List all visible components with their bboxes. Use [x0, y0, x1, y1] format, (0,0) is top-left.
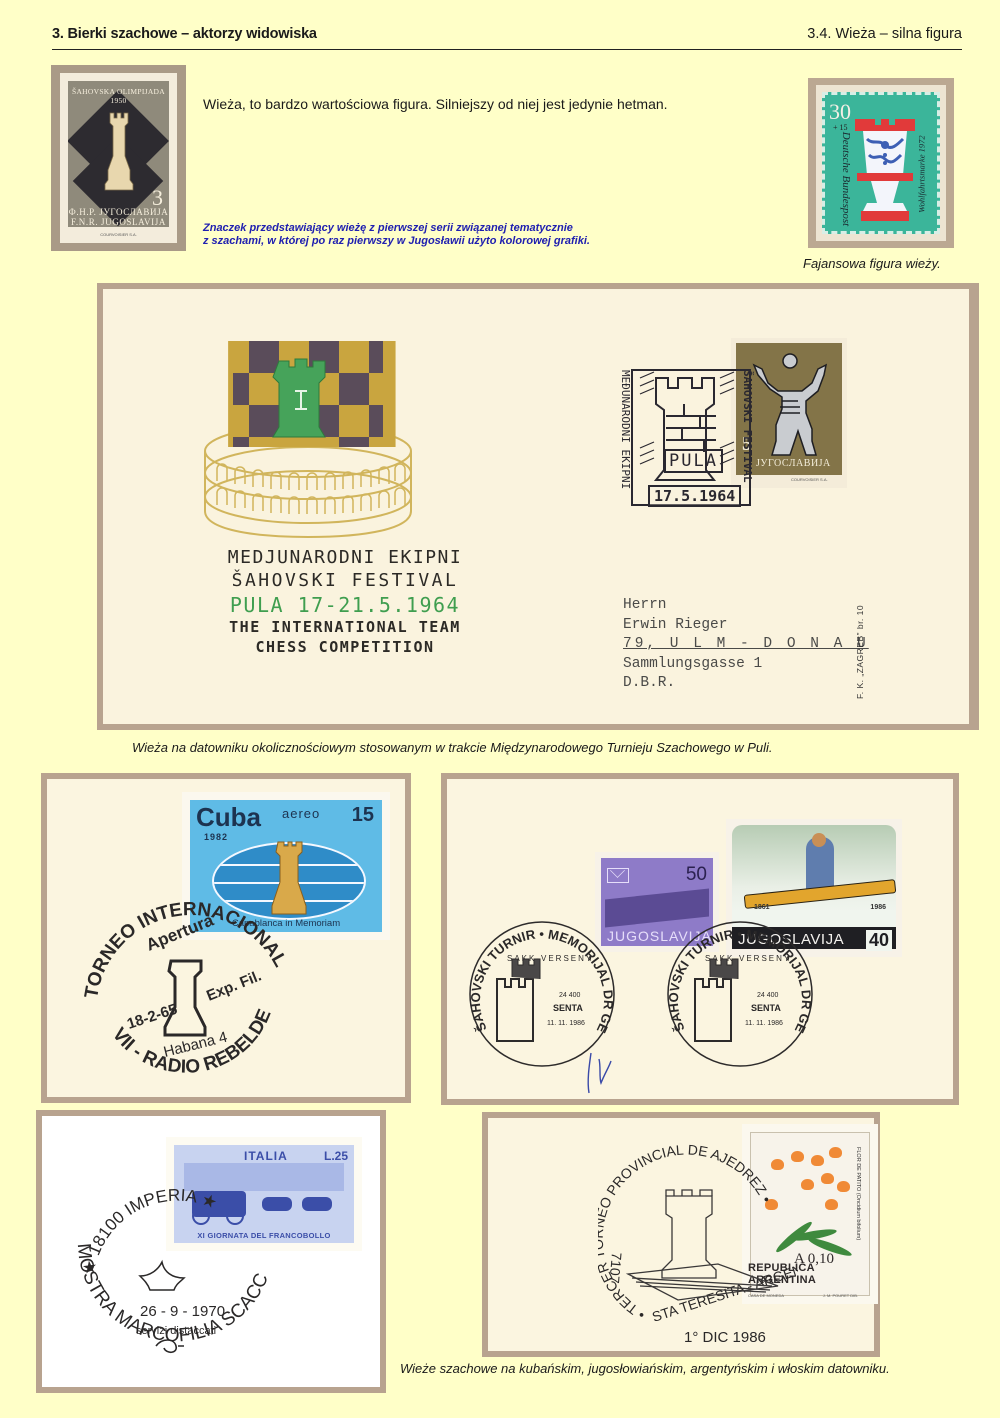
cancel-side-right: ŠAHOVSKI FESTIVAL — [741, 370, 754, 483]
stamp-designer: J. M. POURET DIB. — [823, 1293, 858, 1298]
section-title: 3.4. Wieża – silna figura — [807, 26, 962, 42]
cover-pula-1964: MEDJUNARODNI EKIPNI ŠAHOVSKI FESTIVAL PU… — [97, 283, 979, 730]
cancel-imperia: ★ 18100 IMPERIA ★ MOSTRA MARCOFILIA SCAC… — [56, 1164, 286, 1394]
festival-title: MEDJUNARODNI EKIPNI ŠAHOVSKI FESTIVAL PU… — [195, 547, 495, 657]
cancel-side-left: MEĐUNARODNI EKIPNI — [619, 370, 632, 489]
festival-line: MEDJUNARODNI EKIPNI — [195, 547, 495, 569]
stamp-title: Wohlfahrtsmarke 1972 — [917, 135, 927, 212]
stamp-years: 1861 1986 — [744, 904, 896, 911]
festival-logo — [203, 331, 413, 539]
svg-text:Exp. Fil.: Exp. Fil. — [204, 967, 264, 1004]
rook-icon — [104, 111, 134, 193]
stamp-country: Cuba — [196, 802, 261, 833]
stamp-surcharge: + 15 — [833, 123, 848, 132]
address-line: 79, U L M - D O N A U — [623, 635, 869, 655]
svg-text:24 400: 24 400 — [559, 992, 581, 999]
stamp-side-text: FLOR DE PATITO (Oncidium bifolium) — [855, 1147, 861, 1240]
address-line: Herrn — [623, 596, 869, 616]
horse-illustration — [302, 1197, 332, 1211]
note-line-2: z szachami, w której po raz pierwszy w J… — [203, 235, 590, 248]
stamp-value: 40 — [866, 930, 892, 951]
printer-mark: F. K. „ZAGREB” br. 10 — [855, 605, 865, 699]
svg-text:• TERCER TORNEO PROVINCIAL DE: • TERCER TORNEO PROVINCIAL DE AJEDREZ • — [598, 1141, 775, 1323]
cover-senta-1986: 50 JUGOSLAVIJA 1861 1986 JUGOSLAVIJA 40 … — [441, 773, 959, 1105]
cancel-place: PULA — [664, 449, 723, 473]
stamp-yugoslavia-1950: ŠAHOVSKA OLIMPIJADA 1950 3 Ф.Н.Р. ЈУГОСЛ… — [51, 65, 186, 251]
stamp-country: ЈУГОСЛАВИЈА — [756, 458, 831, 469]
page-header: 3. Bierki szachowe – aktorzy widowiska 3… — [52, 26, 962, 50]
caption-pula: Wieża na datowniku okolicznościowym stos… — [132, 740, 773, 755]
year-from: 1861 — [754, 904, 770, 911]
svg-text:7107: 7107 — [606, 1252, 625, 1285]
stamp-germany-1972: 30 + 15 Deutsche Bundespost Wohlfahrtsma… — [808, 78, 954, 248]
stamp-value: 50 — [686, 864, 707, 886]
cancel-santa-teresita: • TERCER TORNEO PROVINCIAL DE AJEDREZ • … — [598, 1140, 798, 1350]
svg-text:SAKK-VERSENY: SAKK-VERSENY — [507, 954, 593, 963]
festival-line: ŠAHOVSKI FESTIVAL — [195, 569, 495, 593]
stamp-country: ITALIA — [244, 1149, 288, 1163]
caption-bottom: Wieże szachowe na kubańskim, jugosłowiań… — [400, 1361, 890, 1376]
envelope-icon — [607, 868, 629, 883]
svg-text:11. 11. 1986: 11. 11. 1986 — [745, 1020, 783, 1027]
stamp-note: Znaczek przedstawiający wieżę z pierwsze… — [203, 222, 590, 248]
svg-text:SENTA: SENTA — [751, 1003, 781, 1013]
cover-argentina-1986: FLOR DE PATITO (Oncidium bifolium) A 0,1… — [482, 1112, 880, 1357]
intro-text: Wieża, to bardzo wartościowa figura. Sil… — [203, 96, 668, 112]
stamp-printer: COURVOISIER S.A. — [791, 477, 828, 482]
cover-cuba: Cuba aereo 15 1982 Capablanca in Memoria… — [41, 773, 411, 1103]
cancel-pula: PULA 17.5.1964 MEĐUNARODNI EKIPNI ŠAHOVS… — [616, 364, 764, 509]
signature-mark — [585, 1049, 615, 1099]
cover-italy-1970: ITALIA L.25 XI GIORNATA DEL FRANCOBOLLO … — [36, 1110, 386, 1393]
address-block: Herrn Erwin Rieger 79, U L M - D O N A U… — [623, 596, 869, 694]
svg-text:★ 18100 IMPERIA ★: ★ 18100 IMPERIA ★ — [79, 1186, 220, 1277]
stamp-printer: COURVOISIER S.A. — [60, 232, 177, 237]
note-line-1: Znaczek przedstawiający wieżę z pierwsze… — [203, 222, 590, 235]
rook-icon — [853, 115, 917, 225]
cancel-date: 17.5.1964 — [648, 485, 741, 507]
address-line: Sammlungsgasse 1 — [623, 655, 869, 675]
svg-text:servizi distaccati: servizi distaccati — [136, 1325, 216, 1337]
stamp-country-latin: F.N.R. JUGOSLAVIJA — [68, 217, 169, 227]
svg-text:ŠAHOVSKI TURNIR • MEMORIJAL DR: ŠAHOVSKI TURNIR • MEMORIJAL DR GERŐ ISTV… — [665, 919, 814, 1036]
svg-text:ŠAHOVSKI TURNIR • MEMORIJAL DR: ŠAHOVSKI TURNIR • MEMORIJAL DR GERŐ ISTV… — [467, 919, 616, 1036]
stamp-value: 30 — [829, 99, 851, 125]
cancel-habana: TORNEO INTERNACIONAL DE AJEDREZ VII - RA… — [67, 859, 307, 1099]
cancel-senta-2: ŠAHOVSKI TURNIR • MEMORIJAL DR GERŐ ISTV… — [665, 919, 815, 1069]
svg-text:1° DIC 1986: 1° DIC 1986 — [684, 1329, 766, 1346]
festival-line: THE INTERNATIONAL TEAM — [195, 617, 495, 637]
festival-line: CHESS COMPETITION — [195, 637, 495, 657]
stamp-year: 1982 — [204, 832, 228, 842]
stamp-type: aereo — [282, 806, 320, 821]
chapter-title: 3. Bierki szachowe – aktorzy widowiska — [52, 26, 317, 42]
address-line: D.B.R. — [623, 674, 869, 694]
svg-text:11. 11. 1986: 11. 11. 1986 — [547, 1020, 585, 1027]
svg-text:24 400: 24 400 — [757, 992, 779, 999]
caption-germany: Fajansowa figura wieży. — [803, 256, 941, 271]
svg-text:SAKK-VERSENY: SAKK-VERSENY — [705, 954, 791, 963]
svg-text:SENTA: SENTA — [553, 1003, 583, 1013]
festival-line: PULA 17-21.5.1964 — [195, 593, 495, 617]
stamp-top-text: ŠAHOVSKA OLIMPIJADA 1950 — [68, 87, 169, 105]
svg-text:26 - 9 - 1970: 26 - 9 - 1970 — [140, 1303, 225, 1320]
cancel-senta-1: ŠAHOVSKI TURNIR • MEMORIJAL DR GERŐ ISTV… — [467, 919, 617, 1069]
stamp-value: 15 — [352, 804, 374, 827]
year-to: 1986 — [870, 904, 886, 911]
address-line: Erwin Rieger — [623, 616, 869, 636]
stamp-country-cyrillic: Ф.Н.Р. ЈУГОСЛАВИЈА — [68, 207, 169, 217]
stamp-value: L.25 — [324, 1149, 348, 1163]
stamp-country: Deutsche Bundespost — [840, 132, 852, 226]
